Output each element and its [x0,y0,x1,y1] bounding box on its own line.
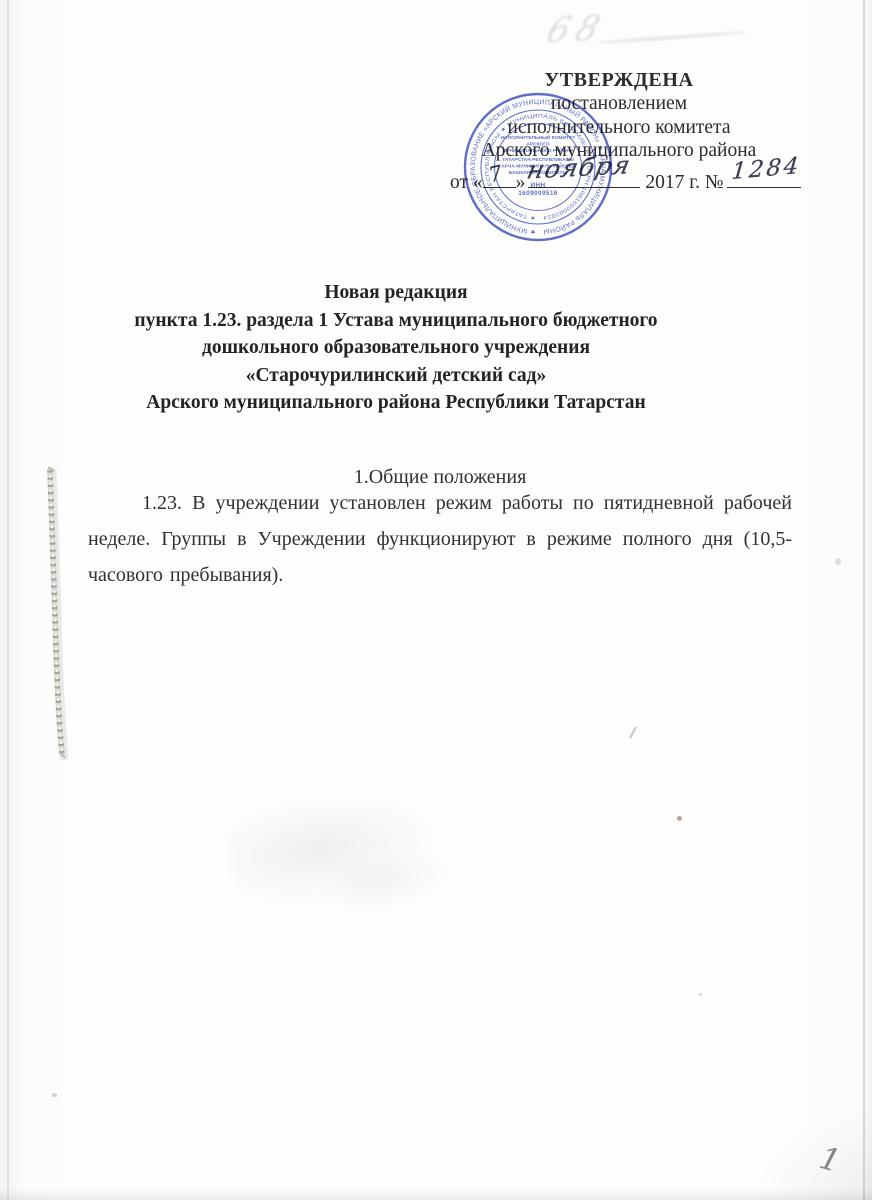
binding-thread [28,458,82,778]
scan-speck [52,1093,57,1097]
pencil-annotation-swoosh [596,31,748,45]
scan-corner-shade [752,1110,872,1200]
body-paragraph: 1.23. В учреждении установлен режим рабо… [88,486,792,593]
document-title-block: Новая редакция пункта 1.23. раздела 1 Ус… [60,279,732,417]
date-year-label: 2017 г. № [645,172,723,193]
scan-speck [699,993,702,996]
scan-speck [677,816,682,821]
document-title-line: Новая редакция [60,279,732,307]
stamp-inn-value: 1609009516 [518,190,558,197]
doc-number-blank: 1284 [727,168,801,188]
page-edge-right [863,0,865,1200]
stamp-center-text: ТАТАРСТАН РЕСПУБЛИКАСЫ [502,157,574,163]
handwritten-doc-number: 1284 [731,155,802,184]
official-round-stamp: ★ МУНИЦИПАЛЬНОЕ ОБРАЗОВАНИЕ «АРСКИЙ МУНИ… [461,90,615,244]
page-edge-bottom [0,1188,872,1200]
stamp-center-text: ИСПОЛНИТЕЛЬНЫЙ КОМИТЕТ [501,133,576,141]
pencil-annotation: 68 [542,8,612,52]
stamp-inn-label: ИНН [530,182,545,189]
document-title-line: дошкольного образовательного учреждения [60,334,732,362]
scan-speck [835,558,841,565]
approval-status: УТВЕРЖДЕНА [450,69,788,92]
stamp-center-text: АРСКОГО [526,142,550,148]
document-title-line: «Старочурилинский детский сад» [60,362,732,390]
document-title-line: пункта 1.23. раздела 1 Устава муниципаль… [60,307,732,335]
scan-speck [629,726,637,738]
document-title-line: Арского муниципального района Республики… [60,389,732,417]
page-edge-left [7,0,9,1200]
stamp-center-text: БАШКАРМА КОМИТЕТЫ [509,170,568,176]
scanned-document-page: 68 УТВЕРЖДЕНА постановлением исполнитель… [0,0,872,1200]
